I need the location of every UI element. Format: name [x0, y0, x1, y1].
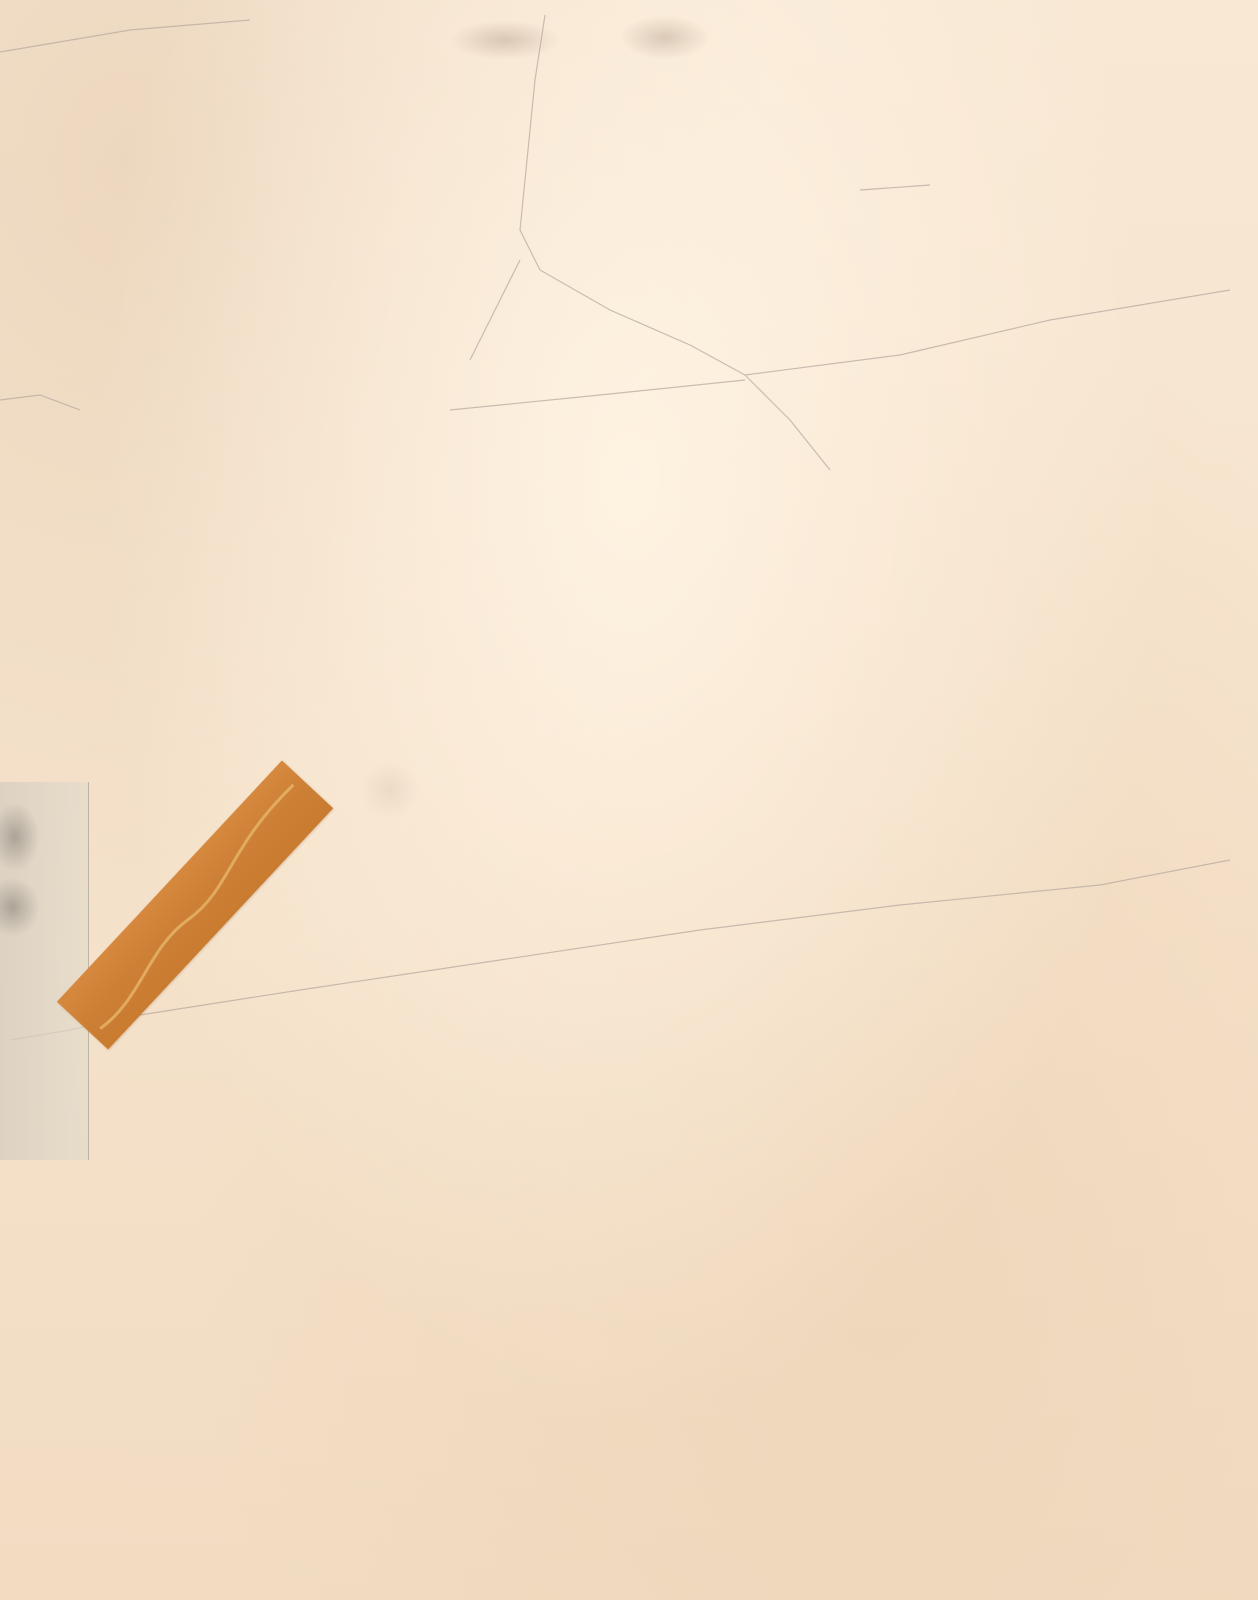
fingerprint-mark [0, 877, 40, 937]
fingerprint-mark [0, 802, 40, 872]
paper-sheet [0, 0, 1258, 1600]
clear-tape-strip [0, 782, 89, 1160]
crease-lines [0, 0, 1258, 1600]
